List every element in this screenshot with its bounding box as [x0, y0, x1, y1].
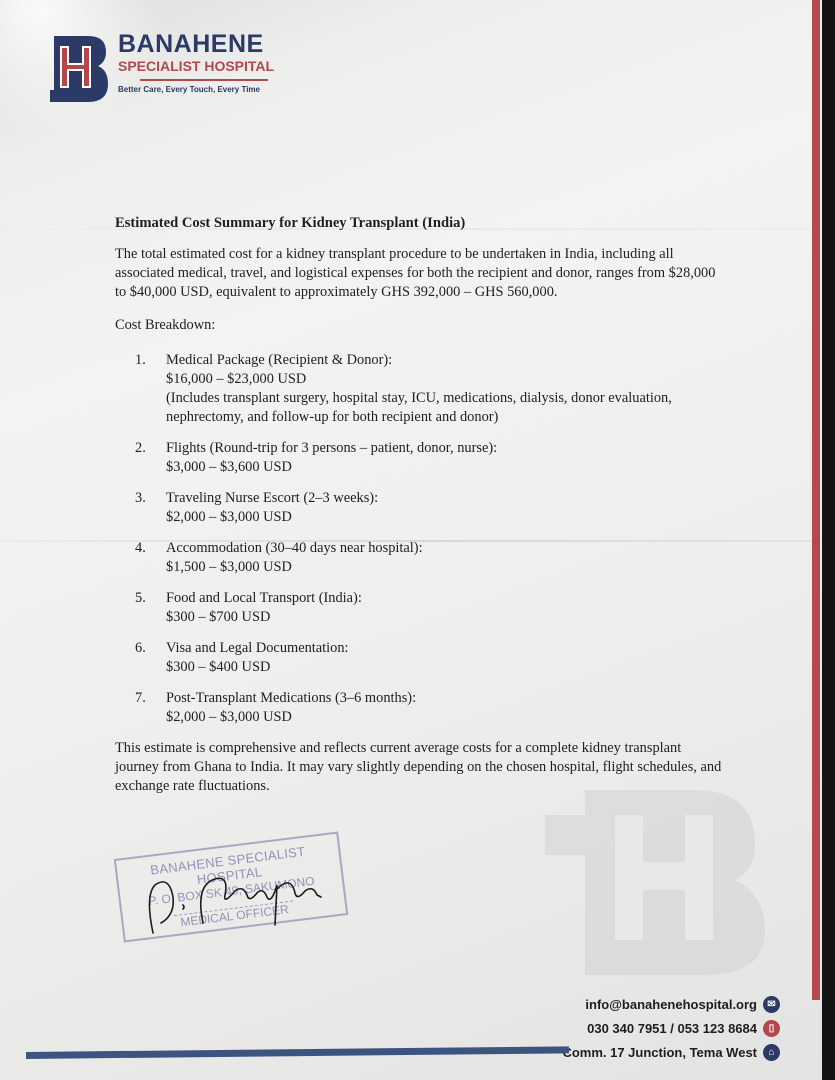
- phone-text: 030 340 7951 / 053 123 8684: [587, 1021, 757, 1036]
- item-number: 6.: [135, 639, 146, 658]
- item-label: Food and Local Transport (India):: [166, 589, 725, 608]
- cost-breakdown-list: 1. Medical Package (Recipient & Donor): …: [115, 351, 725, 727]
- list-item: 3. Traveling Nurse Escort (2–3 weeks): $…: [115, 489, 725, 527]
- home-icon: ⌂: [763, 1044, 780, 1061]
- item-label: Medical Package (Recipient & Donor):: [166, 351, 725, 370]
- item-label: Flights (Round-trip for 3 persons – pati…: [166, 439, 725, 458]
- item-number: 4.: [135, 539, 146, 558]
- item-number: 7.: [135, 689, 146, 708]
- list-item: 6. Visa and Legal Documentation: $300 – …: [115, 639, 725, 677]
- closing-paragraph: This estimate is comprehensive and refle…: [115, 739, 725, 796]
- item-cost: $3,000 – $3,600 USD: [166, 458, 725, 477]
- document-title: Estimated Cost Summary for Kidney Transp…: [115, 214, 725, 233]
- hb-monogram-icon: [48, 30, 110, 106]
- breakdown-heading: Cost Breakdown:: [115, 316, 725, 335]
- footer-address: Comm. 17 Junction, Tema West ⌂: [562, 1044, 780, 1061]
- item-number: 1.: [135, 351, 146, 370]
- item-cost: $2,000 – $3,000 USD: [166, 508, 725, 527]
- item-number: 5.: [135, 589, 146, 608]
- background-edge: [822, 0, 835, 1080]
- item-number: 2.: [135, 439, 146, 458]
- item-label: Post-Transplant Medications (3–6 months)…: [166, 689, 725, 708]
- list-item: 1. Medical Package (Recipient & Donor): …: [115, 351, 725, 427]
- footer-email: info@banahenehospital.org ✉: [585, 996, 780, 1013]
- address-text: Comm. 17 Junction, Tema West: [562, 1045, 757, 1060]
- brand-name: BANAHENE: [118, 30, 264, 59]
- item-cost: $300 – $400 USD: [166, 658, 725, 677]
- list-item: 2. Flights (Round-trip for 3 persons – p…: [115, 439, 725, 477]
- mail-icon: ✉: [763, 996, 780, 1013]
- list-item: 4. Accommodation (30–40 days near hospit…: [115, 539, 725, 577]
- phone-icon: ▯: [763, 1020, 780, 1037]
- signature-icon: [125, 845, 345, 945]
- brand-subtitle: SPECIALIST HOSPITAL: [118, 58, 274, 74]
- item-cost: $1,500 – $3,000 USD: [166, 558, 725, 577]
- item-note: (Includes transplant surgery, hospital s…: [166, 389, 725, 427]
- letterhead-page: BANAHENE SPECIALIST HOSPITAL Better Care…: [0, 0, 822, 1080]
- side-accent-bar: [812, 0, 820, 1000]
- footer-phone: 030 340 7951 / 053 123 8684 ▯: [587, 1020, 780, 1037]
- item-number: 3.: [135, 489, 146, 508]
- item-label: Accommodation (30–40 days near hospital)…: [166, 539, 725, 558]
- item-label: Traveling Nurse Escort (2–3 weeks):: [166, 489, 725, 508]
- item-label: Visa and Legal Documentation:: [166, 639, 725, 658]
- email-text: info@banahenehospital.org: [585, 997, 757, 1012]
- document-body: Estimated Cost Summary for Kidney Transp…: [115, 214, 725, 810]
- item-cost: $300 – $700 USD: [166, 608, 725, 627]
- brand-tagline: Better Care, Every Touch, Every Time: [118, 85, 260, 94]
- brand-divider: [140, 79, 268, 81]
- footer-divider: [26, 1046, 569, 1059]
- list-item: 5. Food and Local Transport (India): $30…: [115, 589, 725, 627]
- list-item: 7. Post-Transplant Medications (3–6 mont…: [115, 689, 725, 727]
- item-cost: $16,000 – $23,000 USD: [166, 370, 725, 389]
- intro-paragraph: The total estimated cost for a kidney tr…: [115, 245, 725, 302]
- item-cost: $2,000 – $3,000 USD: [166, 708, 725, 727]
